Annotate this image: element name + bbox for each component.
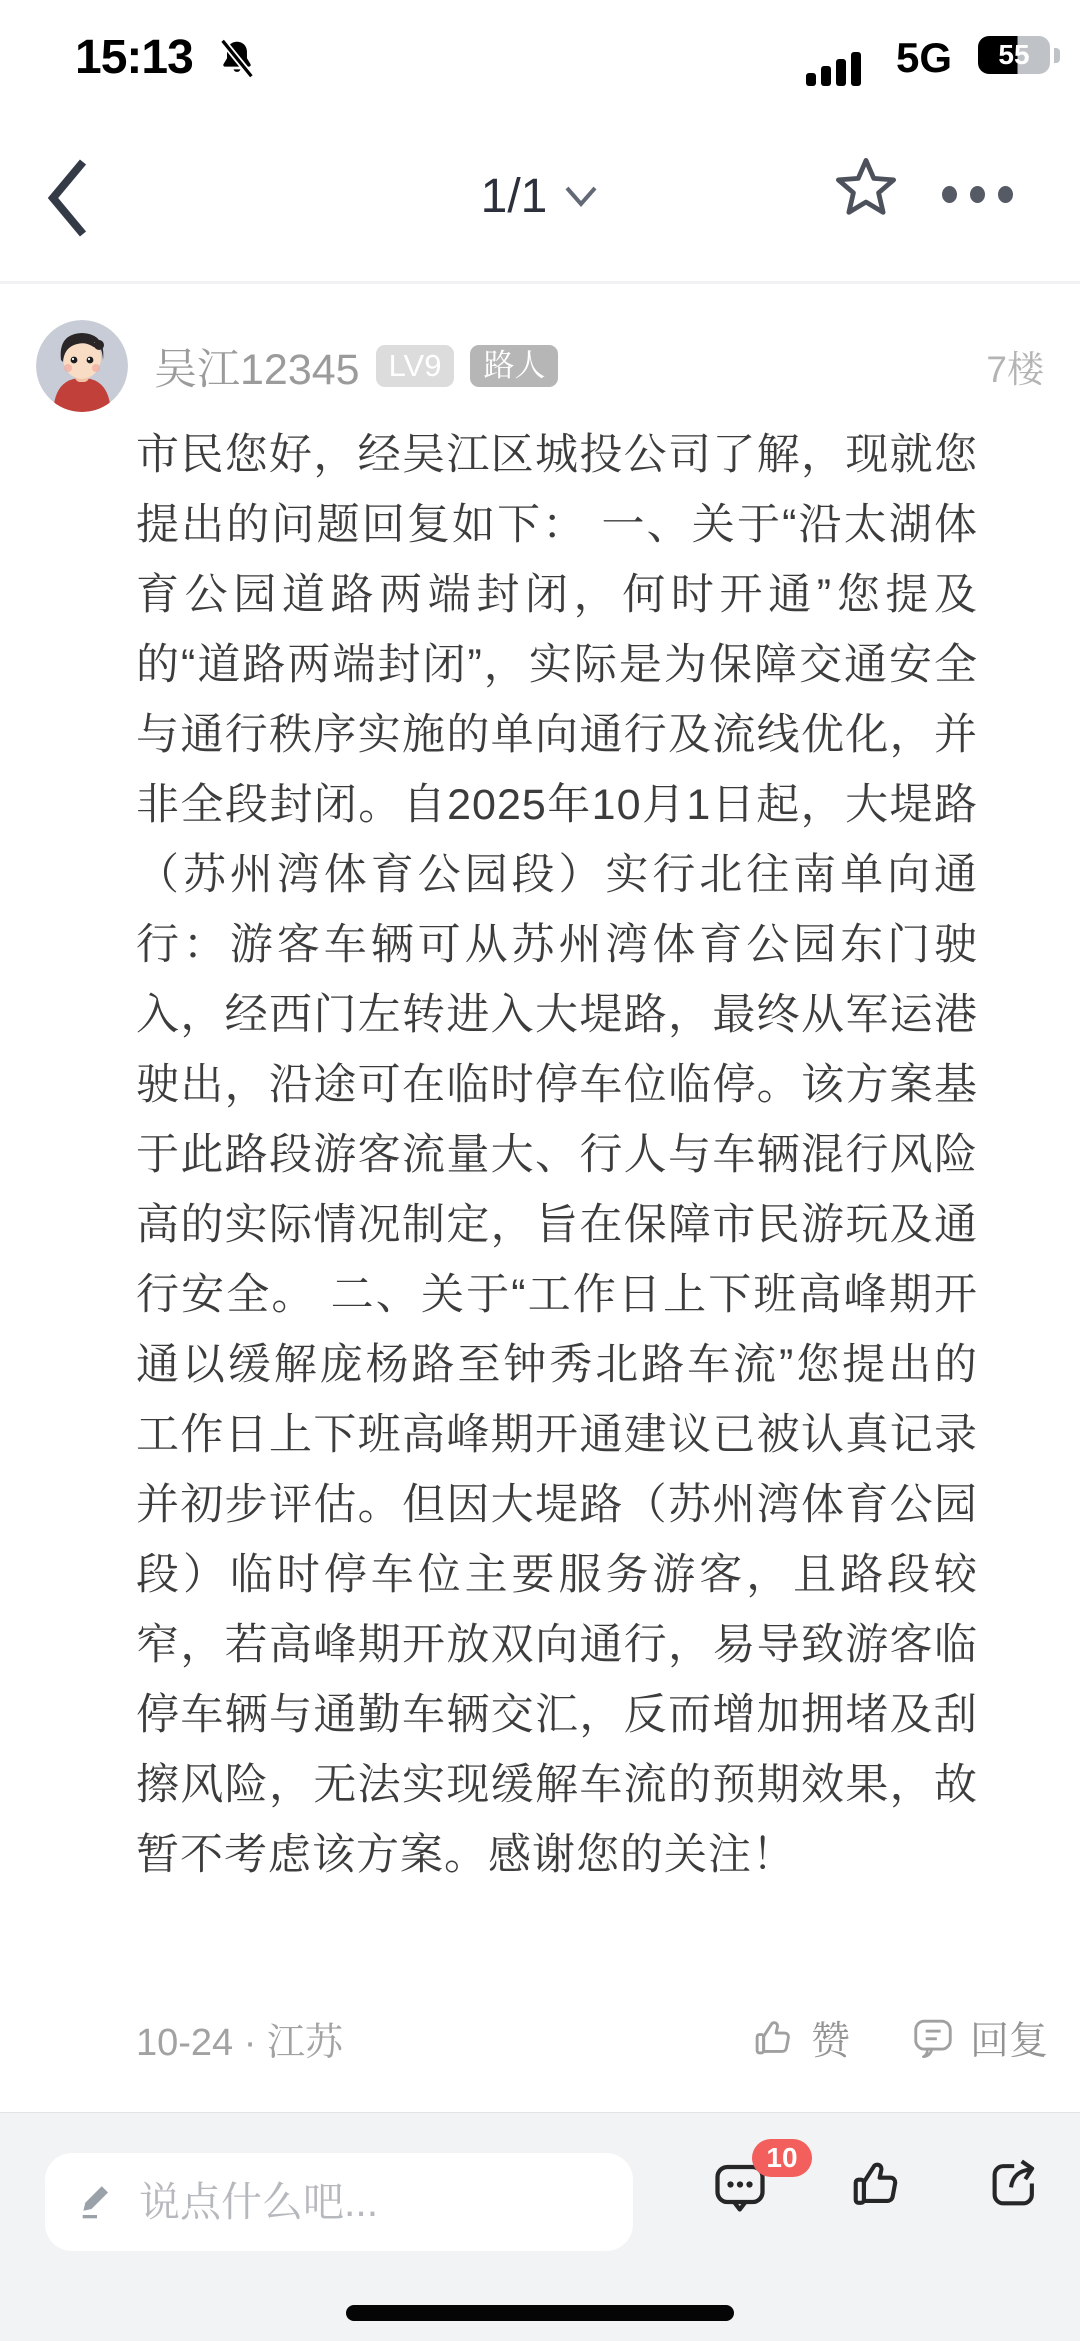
thumbs-up-icon: [751, 2015, 797, 2061]
bottom-bar: 10: [0, 2112, 1080, 2341]
bell-muted-icon: [214, 36, 260, 87]
post-actions: 赞 回复: [751, 2010, 1048, 2066]
page-indicator: 1/1: [481, 169, 548, 224]
like-button[interactable]: 赞: [751, 2010, 850, 2066]
more-options-button[interactable]: [942, 186, 1013, 203]
post-body-text: 市民您好，经吴江区城投公司了解，现就您提出的问题回复如下： 一、关于“沿太湖体育…: [136, 420, 978, 1890]
battery-icon: 55: [978, 36, 1050, 74]
comment-input[interactable]: [137, 2178, 609, 2227]
screen: 15:13 5G 55 1/1: [0, 0, 1080, 2341]
reply-label: 回复: [970, 2010, 1048, 2066]
level-badge: LV9: [376, 345, 455, 387]
author-name[interactable]: 吴江12345: [154, 336, 360, 397]
avatar[interactable]: [36, 320, 128, 412]
floor-number: 7楼: [986, 339, 1044, 393]
status-time: 15:13: [75, 30, 193, 85]
divider: [0, 281, 1080, 284]
share-button[interactable]: [984, 2155, 1042, 2218]
reply-bubble-icon: [910, 2015, 956, 2061]
post-footer: 10-24 · 江苏 赞 回复: [136, 2008, 1048, 2068]
signal-strength-icon: [806, 52, 861, 86]
chevron-down-icon: [563, 183, 599, 209]
network-type: 5G: [896, 34, 952, 82]
role-badge: 路人: [470, 345, 558, 387]
comment-input-pill[interactable]: [45, 2153, 633, 2251]
page-selector[interactable]: 1/1: [0, 112, 1080, 280]
date-location: 10-24 · 江苏: [136, 2011, 343, 2066]
pencil-icon: [75, 2180, 119, 2224]
like-bottom-button[interactable]: [848, 2155, 906, 2218]
battery-nub: [1054, 48, 1060, 63]
post-header: 吴江12345 LV9 路人 7楼: [36, 318, 1044, 414]
comment-count-badge: 10: [752, 2139, 812, 2177]
favorite-star-button[interactable]: [830, 152, 902, 229]
reply-button[interactable]: 回复: [910, 2010, 1048, 2066]
home-indicator[interactable]: [346, 2305, 734, 2321]
like-label: 赞: [811, 2010, 850, 2066]
nav-bar: 1/1: [0, 112, 1080, 280]
